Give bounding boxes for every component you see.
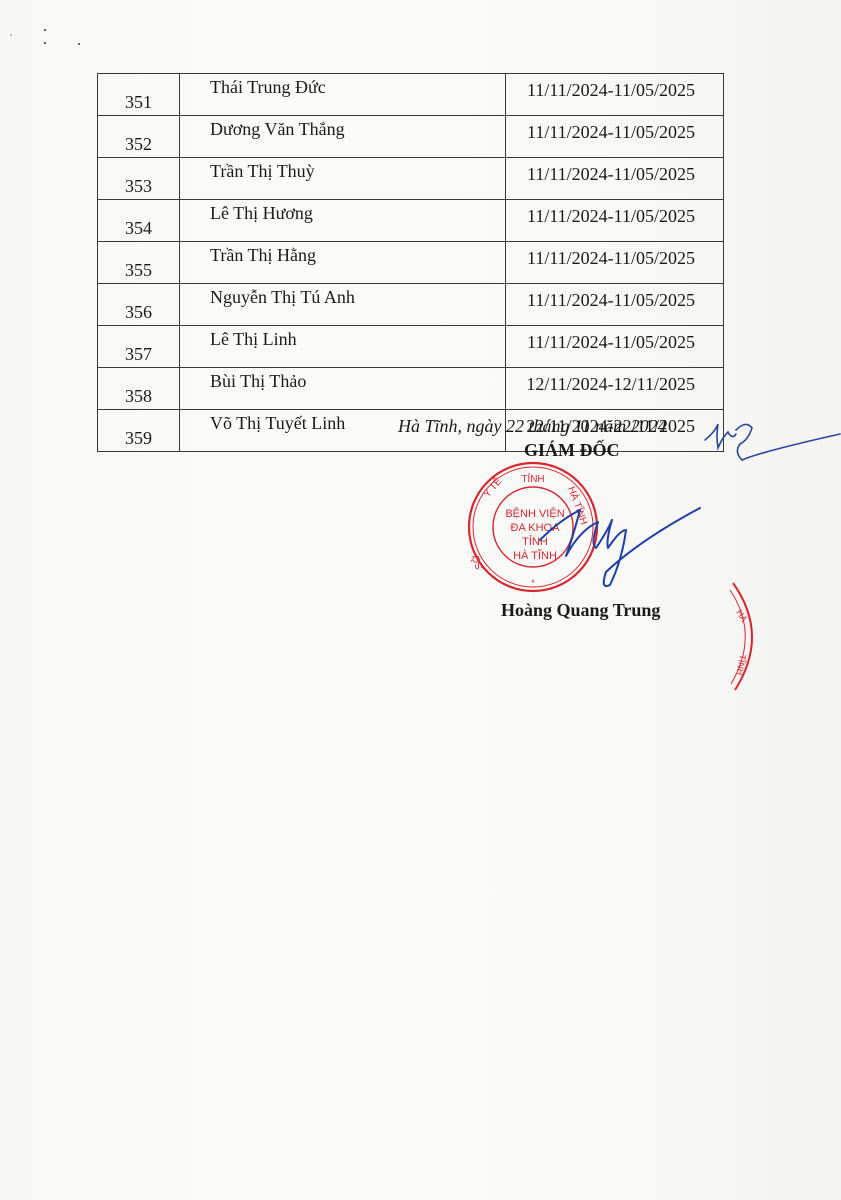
stamp-star: *	[531, 578, 535, 588]
document-page: 351Thái Trung Đức11/11/2024-11/05/202535…	[0, 0, 841, 1200]
stamp-top-text: TỈNH	[521, 472, 544, 485]
director-signature	[540, 508, 700, 586]
stamp-center-line: HÀ TĨNH	[513, 549, 557, 562]
stamp-bottom-text: SỞ	[468, 552, 486, 571]
stamp-center-line: BỆNH VIỆN	[505, 507, 564, 520]
partial-stamp: HÀ TĨNH	[730, 583, 752, 690]
stamps-and-signatures: TỈNH Y TẾ SỞ HÀ TĨNH BỆNH VIỆN ĐA KHOA T…	[0, 0, 841, 1200]
partial-stamp-text: TĨNH	[734, 654, 747, 676]
initials-signature	[705, 424, 840, 460]
official-stamp: TỈNH Y TẾ SỞ HÀ TĨNH BỆNH VIỆN ĐA KHOA T…	[468, 463, 597, 591]
